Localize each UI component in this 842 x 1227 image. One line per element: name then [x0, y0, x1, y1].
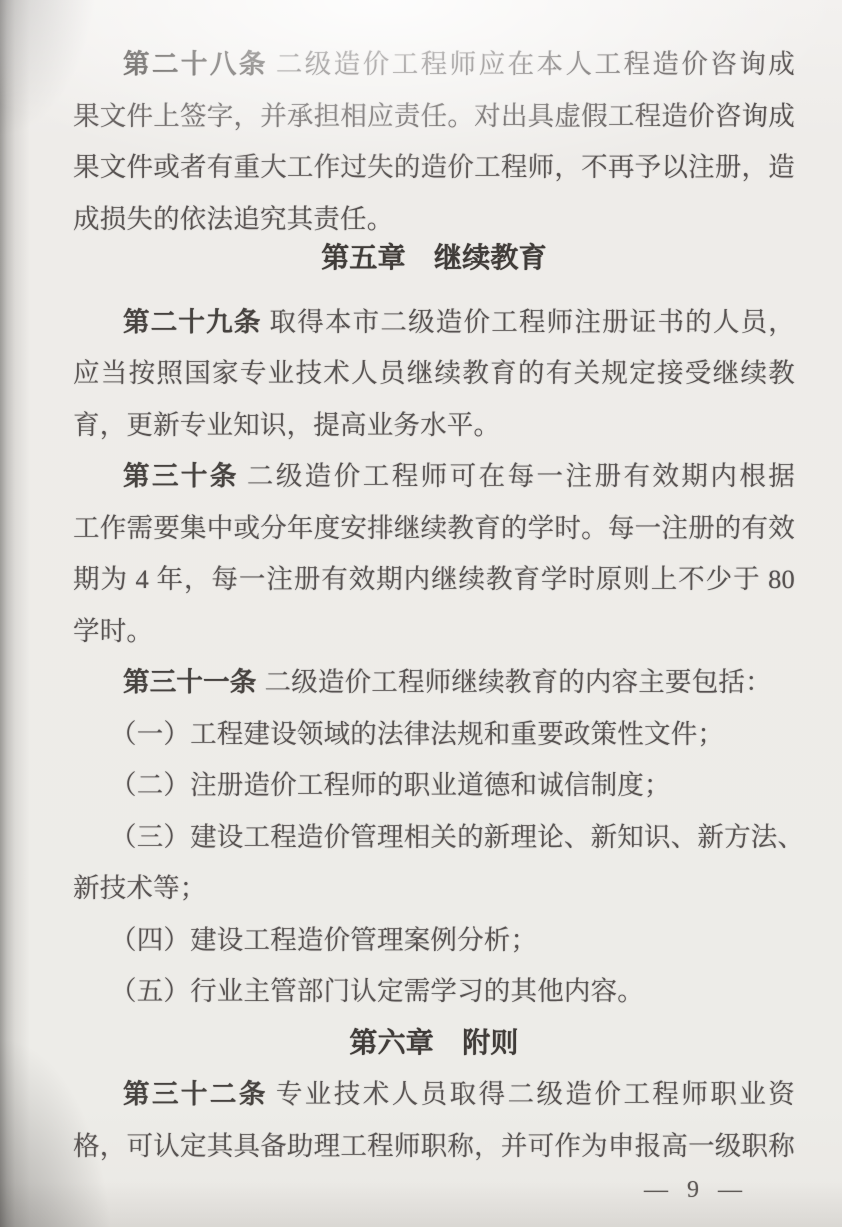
line-text: 果文件上签字，并承担相应责任。对出具虚假工程造价咨询成: [73, 101, 795, 131]
text-line: 工作需要集中或分年度安排继续教育的学时。每一注册的有效: [73, 503, 795, 555]
line-text: （五）行业主管部门认定需学习的其他内容。: [110, 976, 644, 1006]
text-line: （二）注册造价工程师的职业道德和诚信制度；: [73, 760, 795, 812]
chapter-heading: 第六章 附则: [73, 1018, 795, 1070]
text-line: （一）工程建设领域的法律法规和重要政策性文件；: [73, 709, 795, 761]
line-text: 取得本市二级造价工程师注册证书的人员，: [270, 307, 795, 337]
line-text: 二级造价工程师可在每一注册有效期内根据: [247, 461, 795, 491]
line-text: （四）建设工程造价管理案例分析；: [110, 925, 537, 955]
line-text: 二级造价工程师继续教育的内容主要包括：: [265, 667, 772, 697]
line-text: 新技术等；: [73, 873, 207, 903]
line-text: 成损失的依法追究其责任。: [73, 204, 393, 234]
line-text: 果文件或者有重大工作过失的造价工程师，不再予以注册，造: [73, 152, 795, 182]
chapter-heading: 第五章 继续教育: [73, 233, 795, 285]
line-text: （三）建设工程造价管理相关的新理论、新知识、新方法、: [110, 822, 804, 852]
text-line: 第二十八条二级造价工程师应在本人工程造价咨询成: [73, 39, 795, 91]
text-line: 第二十九条取得本市二级造价工程师注册证书的人员，: [73, 297, 795, 349]
line-text: 工作需要集中或分年度安排继续教育的学时。每一注册的有效: [73, 513, 795, 543]
text-line: 格，可认定其具备助理工程师职称，并可作为申报高一级职称: [73, 1121, 795, 1173]
text-line: 果文件上签字，并承担相应责任。对出具虚假工程造价咨询成: [73, 91, 795, 143]
text-line: 新技术等；: [73, 863, 795, 915]
line-text: （一）工程建设领域的法律法规和重要政策性文件；: [110, 719, 724, 749]
line-text: 学时。: [73, 616, 153, 646]
line-text: 期为 4 年，每一注册有效期内继续教育学时原则上不少于 80: [73, 564, 795, 594]
article-number: 第三十一条: [123, 667, 257, 697]
article-number: 第三十二条: [123, 1079, 268, 1109]
line-text: 格，可认定其具备助理工程师职称，并可作为申报高一级职称: [73, 1131, 795, 1161]
text-line: （五）行业主管部门认定需学习的其他内容。: [73, 966, 795, 1018]
text-line: 应当按照国家专业技术人员继续教育的有关规定接受继续教: [73, 348, 795, 400]
line-text: 应当按照国家专业技术人员继续教育的有关规定接受继续教: [73, 358, 795, 388]
article-number: 第二十八条: [123, 49, 268, 79]
line-text: 育，更新专业知识，提高业务水平。: [73, 410, 500, 440]
text-line: 第三十一条二级造价工程师继续教育的内容主要包括：: [73, 657, 795, 709]
line-text: （二）注册造价工程师的职业道德和诚信制度；: [110, 770, 671, 800]
text-line: （四）建设工程造价管理案例分析；: [73, 915, 795, 967]
text-line: 学时。: [73, 606, 795, 658]
line-text: 二级造价工程师应在本人工程造价咨询成: [276, 49, 795, 79]
article-number: 第三十条: [123, 461, 239, 491]
text-line: （三）建设工程造价管理相关的新理论、新知识、新方法、: [73, 812, 795, 864]
document-page: 第二十八条二级造价工程师应在本人工程造价咨询成果文件上签字，并承担相应责任。对出…: [0, 0, 842, 1227]
line-text: 专业技术人员取得二级造价工程师职业资: [276, 1079, 795, 1109]
text-line: 第三十二条专业技术人员取得二级造价工程师职业资: [73, 1069, 795, 1121]
text-line: 育，更新专业知识，提高业务水平。: [73, 400, 795, 452]
article-number: 第二十九条: [123, 307, 262, 337]
text-line: 期为 4 年，每一注册有效期内继续教育学时原则上不少于 80: [73, 554, 795, 606]
document-body: 第二十八条二级造价工程师应在本人工程造价咨询成果文件上签字，并承担相应责任。对出…: [0, 0, 842, 1172]
text-line: 果文件或者有重大工作过失的造价工程师，不再予以注册，造: [73, 142, 795, 194]
page-number: — 9 —: [644, 1172, 744, 1208]
text-line: 第三十条二级造价工程师可在每一注册有效期内根据: [73, 451, 795, 503]
